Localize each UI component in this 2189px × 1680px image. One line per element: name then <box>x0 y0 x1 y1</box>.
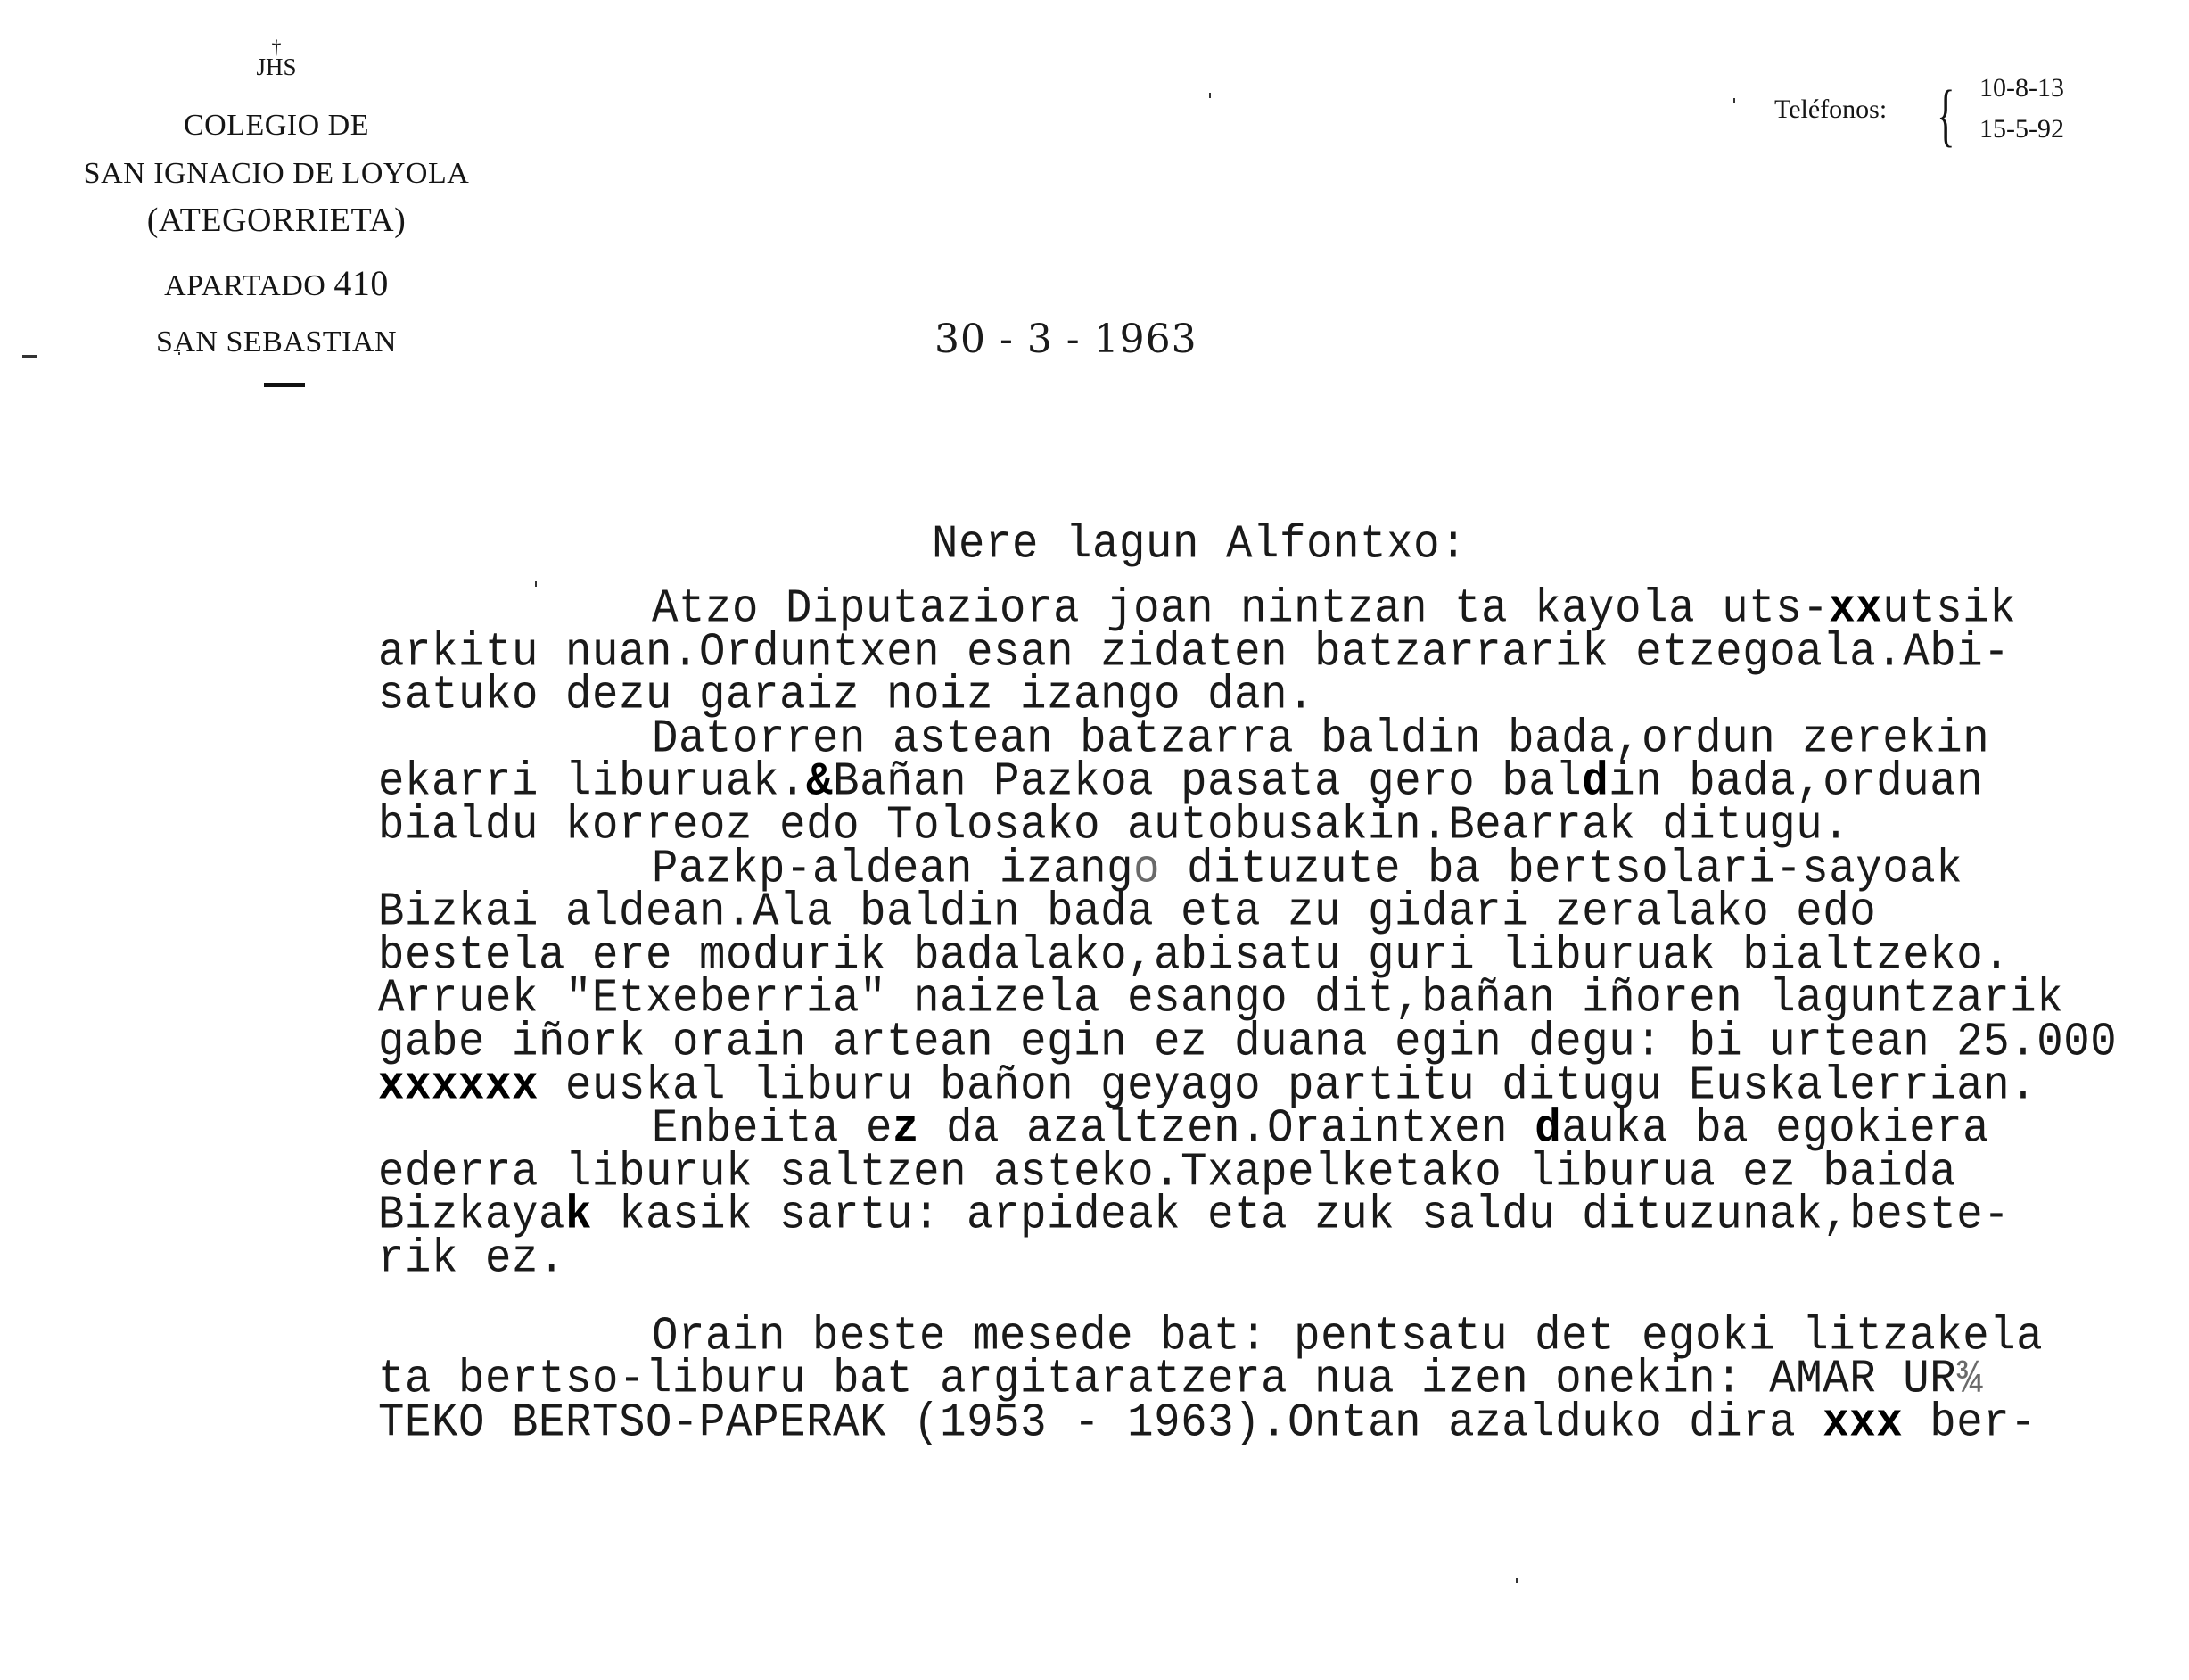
telephone-number: 10-8-13 <box>1979 73 2064 103</box>
telephone-number: 15-5-92 <box>1979 114 2064 144</box>
scan-speck <box>1516 1578 1518 1583</box>
letterhead-line-district: (ATEGORRIETA) <box>53 201 499 240</box>
letterhead-line-city: SAN SEBASTIAN <box>53 325 499 359</box>
text-segment: k <box>565 1188 592 1241</box>
telephones-label: Teléfonos: <box>1774 95 1887 125</box>
letter-date: 30 - 3 - 1963 <box>934 317 1197 362</box>
letterhead-line-apartado: APARTADO 410 <box>53 262 499 304</box>
letterhead-line-name: SAN IGNACIO DE LOYOLA <box>53 157 499 191</box>
text-segment: rik ez. <box>378 1231 565 1285</box>
letterhead-rule <box>264 383 305 387</box>
overstrike-segment: xxxxxx <box>378 1058 539 1112</box>
scan-speck <box>178 352 180 355</box>
scan-speck <box>1733 98 1735 103</box>
text-segment: ber- <box>1903 1396 2037 1449</box>
letter-line: rik ez. <box>378 1231 565 1285</box>
scan-speck <box>535 581 537 587</box>
scan-speck <box>1209 93 1211 98</box>
text-segment: TEKO BERTSO-PAPERAK (1953 - 1963).Ontan … <box>378 1396 1823 1449</box>
apartado-label: APARTADO <box>164 269 333 302</box>
brace-icon: { <box>1937 80 1955 150</box>
letter-line: TEKO BERTSO-PAPERAK (1953 - 1963).Ontan … <box>378 1396 2037 1449</box>
letter-line: Bizkayak kasik sartu: arpideak eta zuk s… <box>378 1188 2010 1241</box>
text-segment: kasik sartu: arpideak eta zuk saldu ditu… <box>592 1188 2010 1241</box>
greeting: Nere lagun Alfontxo: <box>932 517 1467 571</box>
apartado-number: 410 <box>333 263 389 303</box>
jhs-monogram: JHS <box>53 54 499 81</box>
letterhead-line-colegio: COLEGIO DE <box>53 109 499 143</box>
overstrike-segment: xxx <box>1823 1396 1903 1449</box>
scan-speck <box>22 355 37 358</box>
